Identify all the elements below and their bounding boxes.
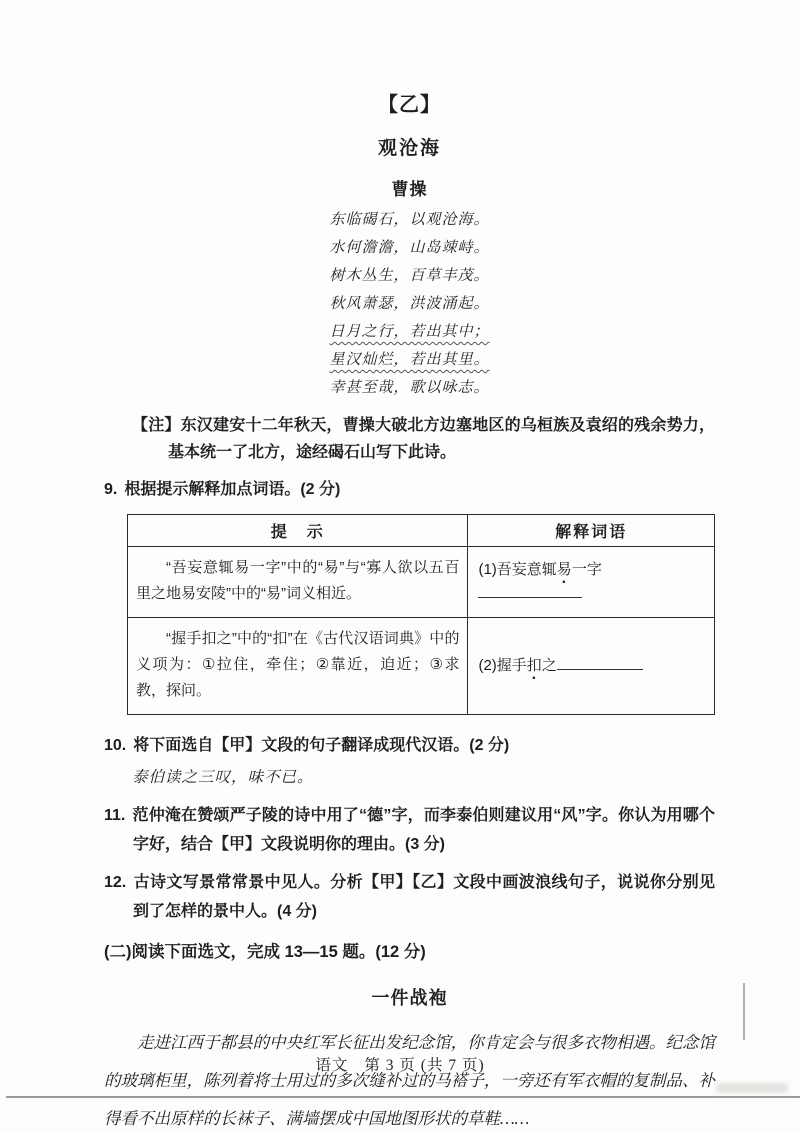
scan-edge-line	[6, 1096, 800, 1098]
answer-2-dotted-char: 扣	[527, 654, 542, 678]
poem-line-wavy-underlined: 日月之行，若出其中；	[104, 318, 715, 346]
poem-line-text: 幸甚至哉，歌以咏志。	[329, 380, 489, 396]
table-row: “吾妄意辄易一字”中的“易”与“寡人欲以五百里之地易安陵”中的“易”词义相近。 …	[128, 547, 715, 618]
poem-line: 幸甚至哉，歌以咏志。	[104, 374, 715, 402]
question-11-text: 范仲淹在赞颂严子陵的诗中用了“德”字，而李泰伯则建议用“风”字。你认为用哪个字好…	[132, 807, 715, 853]
poem-author: 曹操	[104, 175, 715, 200]
poem-line: 树木丛生，百草丰茂。	[104, 262, 715, 290]
question-10-number: 10.	[104, 737, 133, 754]
answer-cell-2: (2)握手扣之	[468, 618, 715, 715]
poem-title: 观沧海	[104, 133, 715, 160]
table-row: “握手扣之”中的“扣”在《古代汉语词典》中的义项为：①拉住，牵住；②靠近，迫近；…	[128, 618, 715, 715]
poem-line-text: 水何澹澹，山岛竦峙。	[329, 240, 489, 256]
q10-sentence-to-translate: 泰伯读之三叹，味不已。	[132, 764, 715, 792]
page-content: 【乙】 观沧海 曹操 东临碣石，以观沧海。 水何澹澹，山岛竦峙。 树木丛生，百草…	[104, 88, 715, 1131]
question-11: 11.范仲淹在赞颂严子陵的诗中用了“德”字，而李泰伯则建议用“风”字。你认为用哪…	[104, 801, 715, 859]
exam-page-scan: 【乙】 观沧海 曹操 东临碣石，以观沧海。 水何澹澹，山岛竦峙。 树木丛生，百草…	[0, 0, 800, 1131]
answer-blank	[557, 656, 643, 670]
scan-smudge-artifact	[716, 1083, 788, 1093]
poem-line-text: 东临碣石，以观沧海。	[329, 212, 489, 228]
page-footer: 语文第 3 页 (共 7 页)	[0, 1053, 800, 1075]
poem-line: 秋风萧瑟，洪波涌起。	[104, 290, 715, 318]
hint-cell-2: “握手扣之”中的“扣”在《古代汉语词典》中的义项为：①拉住，牵住；②靠近，迫近；…	[128, 618, 468, 715]
poem-line-text: 星汉灿烂，若出其里。	[329, 352, 489, 368]
question-10: 10.将下面选自【甲】文段的句子翻译成现代汉语。(2 分)	[104, 731, 715, 760]
table-header-row: 提 示 解释词语	[128, 515, 715, 547]
question-12: 12.古诗文写景常常景中见人。分析【甲】【乙】文段中画波浪线句子，说说你分别见到…	[104, 868, 715, 926]
question-9: 9.根据提示解释加点词语。(2 分)	[104, 475, 715, 504]
question-10-text: 将下面选自【甲】文段的句子翻译成现代汉语。(2 分)	[133, 737, 509, 754]
reading-title: 一件战袍	[104, 984, 715, 1010]
answer-1-post: 一字	[572, 561, 602, 578]
poem-line: 东临碣石，以观沧海。	[104, 206, 715, 234]
poem-body: 东临碣石，以观沧海。 水何澹澹，山岛竦峙。 树木丛生，百草丰茂。 秋风萧瑟，洪波…	[104, 206, 715, 402]
question-9-text: 根据提示解释加点词语。(2 分)	[124, 481, 340, 498]
question-11-number: 11.	[104, 807, 132, 824]
answer-cell-1: (1)吾妄意辄易一字	[468, 547, 715, 618]
section-two-heading: (二)阅读下面选文，完成 13—15 题。(12 分)	[104, 938, 715, 962]
footer-page-info: 第 3 页 (共 7 页)	[364, 1057, 484, 1074]
poem-line-text: 树木丛生，百草丰茂。	[329, 268, 489, 284]
section-b-label: 【乙】	[104, 88, 715, 117]
poem-line: 水何澹澹，山岛竦峙。	[104, 234, 715, 262]
poem-line-wavy-underlined: 星汉灿烂，若出其里。	[104, 346, 715, 374]
question-12-number: 12.	[104, 874, 133, 891]
question-12-text: 古诗文写景常常景中见人。分析【甲】【乙】文段中画波浪线句子，说说你分别见到了怎样…	[133, 874, 715, 920]
answer-2-pre: (2)握手	[478, 657, 526, 674]
reading-passage: 走进江西于都县的中央红军长征出发纪念馆，你肯定会与很多衣物相遇。纪念馆的玻璃柜里…	[104, 1024, 715, 1131]
poem-line-text: 秋风萧瑟，洪波涌起。	[329, 296, 489, 312]
poem-note: 【注】东汉建安十二年秋天，曹操大破北方边塞地区的乌桓族及袁绍的残余势力，基本统一…	[132, 412, 715, 466]
hint-cell-1: “吾妄意辄易一字”中的“易”与“寡人欲以五百里之地易安陵”中的“易”词义相近。	[128, 547, 468, 618]
answer-1-dotted-char: 易	[557, 558, 572, 582]
scan-fold-line	[743, 983, 745, 1040]
q9-hint-table: 提 示 解释词语 “吾妄意辄易一字”中的“易”与“寡人欲以五百里之地易安陵”中的…	[127, 514, 715, 715]
footer-subject: 语文	[315, 1057, 348, 1074]
question-9-number: 9.	[104, 481, 124, 498]
table-header-hint: 提 示	[128, 515, 468, 547]
answer-1-pre: (1)吾妄意辄	[478, 561, 556, 578]
table-header-answer: 解释词语	[468, 515, 715, 547]
poem-line-text: 日月之行，若出其中；	[329, 324, 489, 340]
answer-2-post: 之	[542, 657, 557, 674]
